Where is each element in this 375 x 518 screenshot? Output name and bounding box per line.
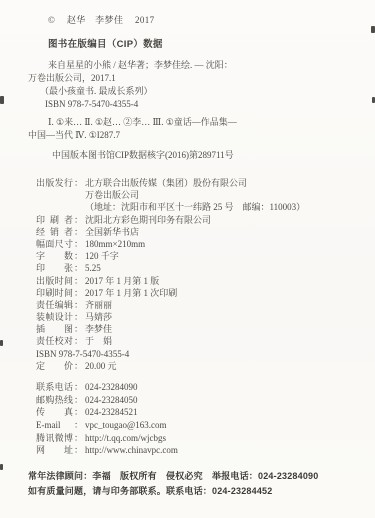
info-label: 责任校对: [36, 335, 73, 347]
info-label: 印刷时间: [36, 287, 73, 299]
info-row: ：万卷出版公司: [36, 189, 349, 201]
info-label: 出版时间: [36, 275, 73, 287]
info-label: 出版发行: [36, 177, 73, 189]
info-row: 插图：李梦佳: [36, 323, 349, 335]
info-value: 024-23284521: [85, 407, 138, 417]
info-value: http://www.chinavpc.com: [85, 445, 178, 455]
label-separator: ：: [74, 406, 83, 419]
classification-line: 中国—当代 Ⅳ. ①I287.7: [28, 129, 349, 142]
info-row: ：（地址：沈阳市和平区十一纬路 25 号 邮编：110003）: [36, 201, 349, 213]
label-separator: ：: [74, 444, 83, 457]
info-row: 经销者：全国新华书店: [36, 226, 349, 238]
cip-header: 图书在版编目（CIP）数据: [48, 36, 349, 50]
info-value: 李梦佳: [85, 324, 112, 334]
cip-record-line: 来自星星的小熊 / 赵华著；李梦佳绘. — 沈阳：: [48, 59, 349, 72]
label-separator: ：: [74, 311, 83, 323]
info-row: 幅面尺寸：180mm×210mm: [36, 238, 349, 250]
label-separator: ：: [74, 419, 83, 432]
info-value: 120 千字: [85, 251, 119, 261]
copyright-page: © 赵华 李梦佳 2017 图书在版编目（CIP）数据 来自星星的小熊 / 赵华…: [0, 0, 375, 518]
label-separator: ：: [74, 394, 83, 407]
cip-record: 来自星星的小熊 / 赵华著；李梦佳绘. — 沈阳：万卷出版公司，2017.1（最…: [28, 59, 349, 111]
info-row: 定价：20.00 元: [36, 360, 349, 372]
info-label: 定价: [36, 360, 73, 372]
info-value: 024-23284090: [85, 382, 138, 392]
copyright-year: 2017: [135, 15, 155, 25]
label-separator: ：: [74, 360, 83, 372]
label-separator: ：: [74, 214, 83, 226]
copyright-symbol: ©: [48, 15, 55, 25]
info-value: 180mm×210mm: [85, 239, 145, 249]
label-separator: ：: [74, 323, 83, 335]
label-separator: ：: [74, 335, 83, 347]
info-label: 责任编辑: [36, 299, 73, 311]
label-separator: ：: [74, 226, 83, 238]
info-label: 经销者: [36, 226, 73, 238]
label-separator: ：: [74, 250, 83, 262]
info-value: 2017 年 1 月第 1 次印刷: [85, 288, 177, 298]
footer-line: 如有质量问题，请与印务部联系。联系电话：024-23284452: [28, 484, 349, 499]
label-separator: ：: [74, 238, 83, 250]
cip-record-line: ISBN 978-7-5470-4355-4: [45, 98, 349, 111]
label-separator: ：: [74, 432, 83, 445]
info-row: 装帧设计：马婧莎: [36, 311, 349, 323]
info-value: 2017 年 1 月第 1 版: [85, 276, 159, 286]
scan-artifact: [0, 464, 3, 470]
info-value: vpc_tougao@163.com: [85, 420, 167, 430]
info-row: 出版发行：北方联合出版传媒（集团）股份有限公司: [36, 177, 349, 189]
publication-info: 出版发行：北方联合出版传媒（集团）股份有限公司：万卷出版公司：（地址：沈阳市和平…: [36, 177, 349, 372]
info-label: 插图: [36, 323, 73, 335]
contact-info: 联系电话：024-23284090邮购热线：024-23284050传真：024…: [36, 381, 349, 457]
info-row: 印张：5.25: [36, 262, 349, 274]
info-value: 024-23284050: [85, 395, 138, 405]
info-row: 字数：120 千字: [36, 250, 349, 262]
label-separator: ：: [74, 381, 83, 394]
info-value: http://t.qq.com/wjcbgs: [85, 433, 166, 443]
info-label: 邮购热线: [36, 394, 73, 407]
info-value: 20.00 元: [85, 361, 117, 371]
info-row: 责任编辑：齐丽丽: [36, 299, 349, 311]
info-label: 装帧设计: [36, 311, 73, 323]
info-value: 全国新华书店: [85, 227, 139, 237]
classification-line: Ⅰ. ①来… Ⅱ. ①赵… ②李… Ⅲ. ①童话—作品集—: [48, 116, 349, 129]
info-row: 印刷者：沈阳北方彩色期刊印务有限公司: [36, 214, 349, 226]
info-label: 字数: [36, 250, 73, 262]
info-label: 幅面尺寸: [36, 238, 73, 250]
scan-artifact: [0, 96, 4, 104]
cip-registry-number: 中国版本图书馆CIP数据核字(2016)第289711号: [52, 148, 349, 161]
classification: Ⅰ. ①来… Ⅱ. ①赵… ②李… Ⅲ. ①童话—作品集—中国—当代 Ⅳ. ①I…: [28, 116, 349, 141]
copyright-holders: 赵华 李梦佳: [67, 15, 123, 25]
scan-artifact: [371, 26, 375, 33]
info-value: 万卷出版公司: [85, 190, 139, 200]
label-separator: ：: [74, 299, 83, 311]
info-value: （地址：沈阳市和平区十一纬路 25 号 邮编：110003）: [85, 202, 305, 212]
scan-artifact: [0, 340, 3, 346]
info-row: 传真：024-23284521: [36, 406, 349, 419]
cip-record-line: （最小孩童书. 最成长系列）: [40, 85, 349, 98]
label-separator: ：: [74, 177, 83, 189]
info-row: ISBN 978-7-5470-4355-4: [36, 348, 349, 360]
info-label: E-mail: [36, 419, 73, 432]
label-separator: ：: [74, 262, 83, 274]
info-row: 责任校对：于 娟: [36, 335, 349, 347]
info-row: E-mail：vpc_tougao@163.com: [36, 419, 349, 432]
info-row: 网址：http://www.chinavpc.com: [36, 444, 349, 457]
label-separator: ：: [74, 275, 83, 287]
footer-notice: 常年法律顾问：李福 版权所有 侵权必究 举报电话：024-23284090如有质…: [28, 469, 349, 498]
cip-record-line: 万卷出版公司，2017.1: [28, 72, 349, 85]
info-value: 5.25: [85, 263, 101, 273]
info-row: 联系电话：024-23284090: [36, 381, 349, 394]
info-value: 马婧莎: [85, 312, 112, 322]
info-row: 邮购热线：024-23284050: [36, 394, 349, 407]
info-value: 齐丽丽: [85, 300, 112, 310]
info-label: 网址: [36, 444, 73, 457]
info-label: 联系电话: [36, 381, 73, 394]
info-row: 腾讯微博：http://t.qq.com/wjcbgs: [36, 432, 349, 445]
label-separator: ：: [74, 287, 83, 299]
footer-line: 常年法律顾问：李福 版权所有 侵权必究 举报电话：024-23284090: [28, 469, 349, 484]
info-value: 沈阳北方彩色期刊印务有限公司: [85, 215, 211, 225]
info-label: 印刷者: [36, 214, 73, 226]
info-value: 北方联合出版传媒（集团）股份有限公司: [85, 178, 247, 188]
copyright-line: © 赵华 李梦佳 2017: [48, 14, 349, 26]
info-row: 印刷时间：2017 年 1 月第 1 次印刷: [36, 287, 349, 299]
info-value: 于 娟: [85, 336, 112, 346]
info-label: 印张: [36, 262, 73, 274]
info-row: 出版时间：2017 年 1 月第 1 版: [36, 275, 349, 287]
info-label: 传真: [36, 406, 73, 419]
info-label: 腾讯微博: [36, 432, 73, 445]
